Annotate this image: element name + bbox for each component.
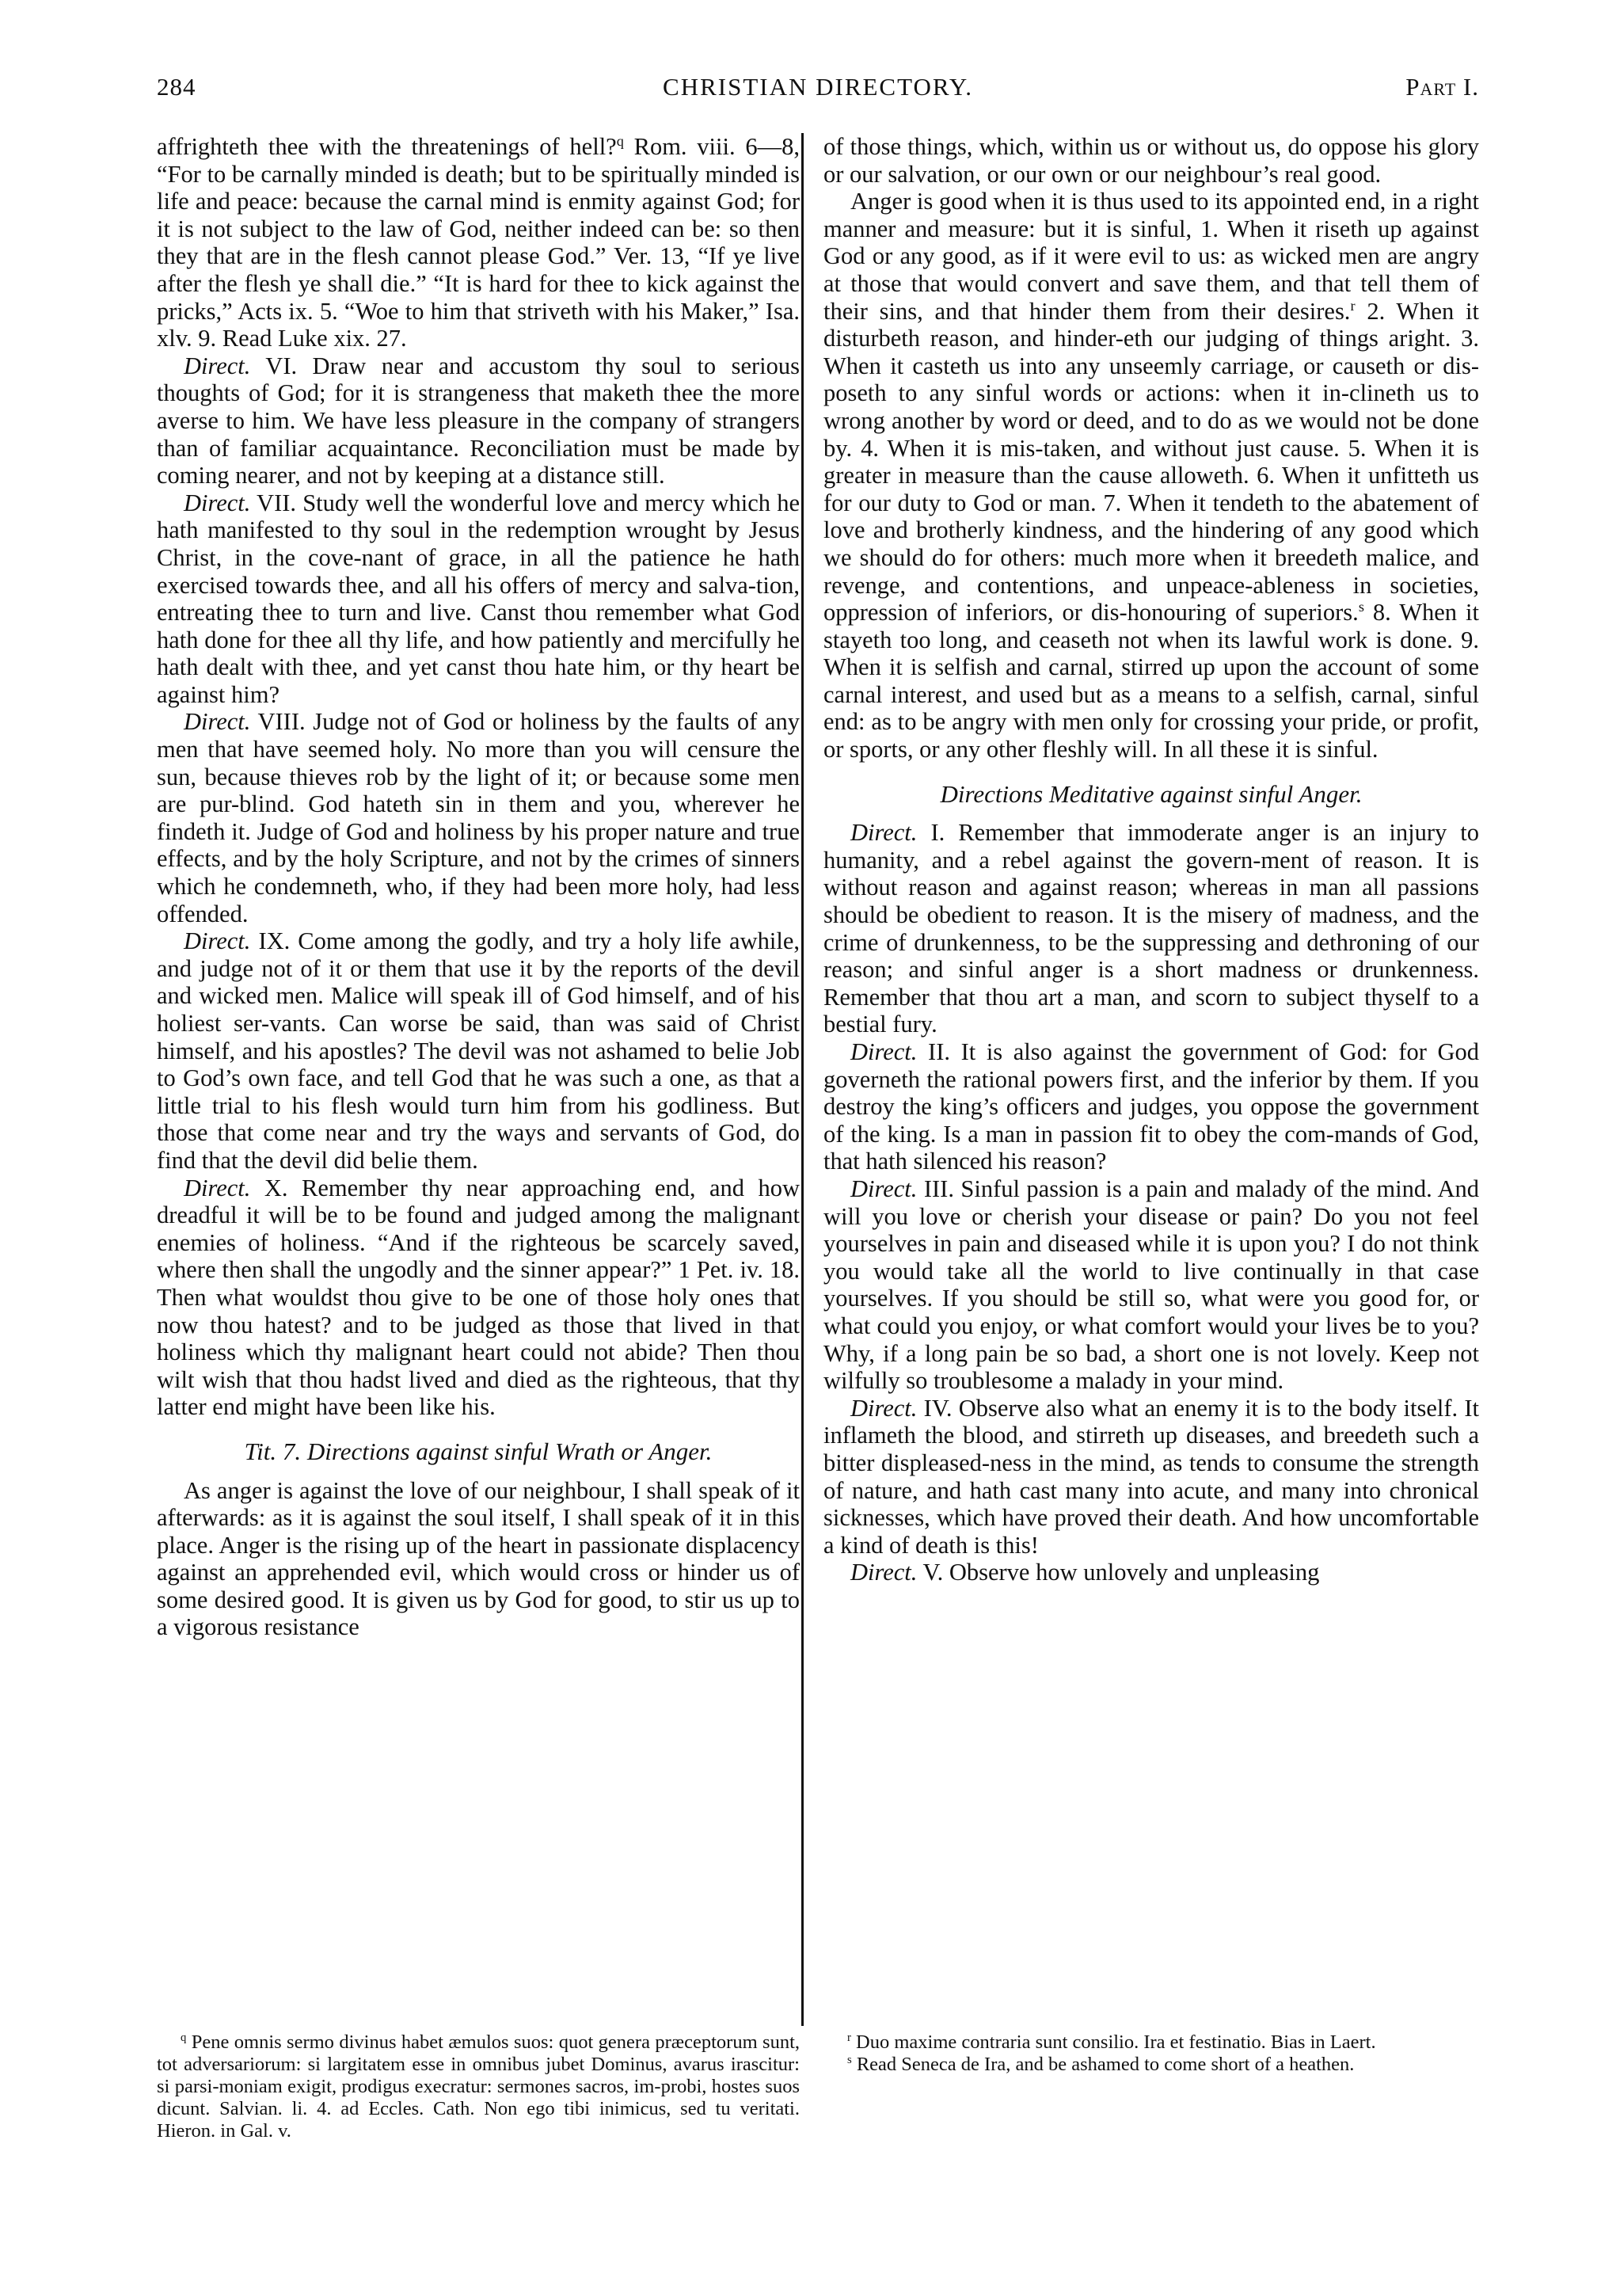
text: I. Remember that immoderate anger is an … (823, 819, 1479, 1038)
part-label: Part I. (1405, 73, 1479, 101)
direction-ix: Direct. IX. Come among the godly, and tr… (157, 927, 800, 1174)
text: VI. Draw near and accustom thy soul to s… (157, 352, 800, 489)
direct-label: Direct. (850, 1175, 917, 1202)
footnote-ref-s: s (1359, 599, 1364, 615)
text: affrighteth thee with the threatenings o… (157, 133, 617, 160)
text: II. It is also against the government of… (823, 1038, 1479, 1175)
text: IV. Observe also what an enemy it is to … (823, 1395, 1479, 1559)
footnote-text: Read Seneca de Ira, and be ashamed to co… (852, 2054, 1355, 2075)
direct-label: Direct. (850, 1038, 917, 1065)
footnote-text: Pene omnis sermo divinus habet æmulos su… (157, 2031, 800, 2142)
direction-v: Direct. V. Observe how unlovely and unpl… (823, 1559, 1479, 1586)
section-heading: Tit. 7. Directions against sinful Wrath … (157, 1438, 800, 1466)
footnote-ref-q: q (617, 133, 624, 149)
direct-label: Direct. (184, 352, 250, 379)
running-title: CHRISTIAN DIRECTORY. (157, 73, 1479, 101)
column-divider (801, 133, 804, 2026)
direct-label: Direct. (184, 1175, 250, 1201)
footnote-s: s Read Seneca de Ira, and be ashamed to … (823, 2054, 1479, 2076)
text: III. Sinful passion is a pain and malady… (823, 1175, 1479, 1394)
direct-label: Direct. (850, 819, 917, 846)
direct-label: Direct. (850, 1395, 917, 1422)
paragraph: Anger is good when it is thus used to it… (823, 188, 1479, 763)
paragraph: affrighteth thee with the threatenings o… (157, 133, 800, 352)
running-header: 284 CHRISTIAN DIRECTORY. Part I. (157, 73, 1479, 108)
direct-label: Direct. (184, 708, 250, 735)
direction-i: Direct. I. Remember that immoderate ange… (823, 819, 1479, 1038)
direction-viii: Direct. VIII. Judge not of God or holine… (157, 708, 800, 927)
direct-label: Direct. (850, 1559, 917, 1586)
direction-ii: Direct. II. It is also against the gover… (823, 1038, 1479, 1175)
direct-label: Direct. (184, 489, 250, 516)
text: VII. Study well the wonderful love and m… (157, 489, 800, 708)
text: 2. When it disturbeth reason, and hinder… (823, 298, 1479, 626)
section-heading: Directions Meditative against sinful Ang… (823, 781, 1479, 809)
text: X. Remember thy near approaching end, an… (157, 1175, 800, 1421)
direction-x: Direct. X. Remember thy near approaching… (157, 1175, 800, 1421)
direction-iv: Direct. IV. Observe also what an enemy i… (823, 1395, 1479, 1559)
footnote-r: r Duo maxime contraria sunt consilio. Ir… (823, 2031, 1479, 2054)
right-column: of those things, which, within us or wit… (823, 133, 1479, 1586)
direction-vi: Direct. VI. Draw near and accustom thy s… (157, 352, 800, 489)
footnotes-left: q Pene omnis sermo divinus habet æmulos … (157, 2031, 800, 2142)
text: V. Observe how unlovely and unpleasing (917, 1559, 1319, 1586)
left-column: affrighteth thee with the threatenings o… (157, 133, 800, 1641)
footnote-text: Duo maxime contraria sunt consilio. Ira … (851, 2031, 1376, 2053)
direct-label: Direct. (184, 927, 250, 954)
paragraph: As anger is against the love of our neig… (157, 1477, 800, 1642)
text: VIII. Judge not of God or holiness by th… (157, 708, 800, 927)
paragraph: of those things, which, within us or wit… (823, 133, 1479, 188)
footnotes-right: r Duo maxime contraria sunt consilio. Ir… (823, 2031, 1479, 2076)
text: Rom. viii. 6—8, “For to be carnally mind… (157, 133, 800, 352)
text: IX. Come among the godly, and try a holy… (157, 927, 800, 1174)
direction-vii: Direct. VII. Study well the wonderful lo… (157, 489, 800, 709)
direction-iii: Direct. III. Sinful passion is a pain an… (823, 1175, 1479, 1395)
footnote-q: q Pene omnis sermo divinus habet æmulos … (157, 2031, 800, 2142)
